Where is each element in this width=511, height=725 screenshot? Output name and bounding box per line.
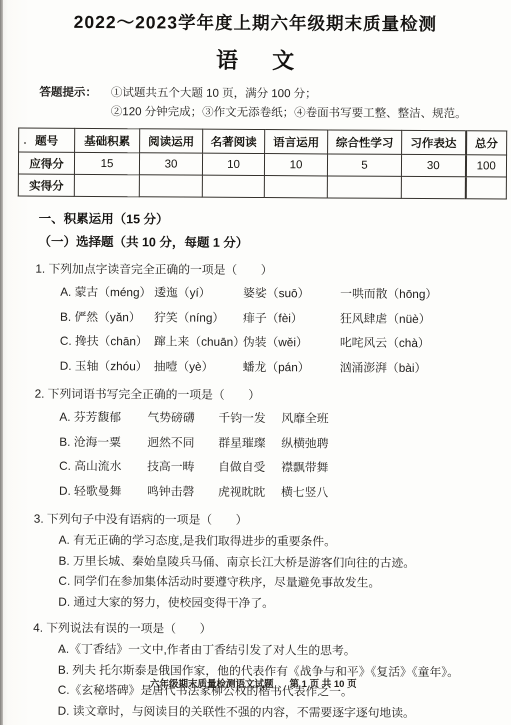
empty-score-cell: [465, 177, 506, 199]
empty-score-cell: [139, 175, 202, 197]
score-header-cell: 基础积累: [75, 128, 140, 152]
footer-page-info: 第 1 页 共 10 页: [290, 676, 357, 690]
score-value-cell: 5: [327, 154, 401, 176]
score-value-cell: 15: [74, 152, 139, 174]
option-cell: 自做自受: [218, 456, 281, 480]
actual-score-row: 实得分: [18, 174, 506, 199]
score-table-header-row: 题号 基础积累 阅读运用 名著阅读 语言运用 综合性学习 习作表达 总分: [19, 128, 507, 155]
question-4: 4. 下列说法有误的一项是（ ） A.《丁香结》一文中,作者由丁香结引发了对人生…: [0, 617, 507, 723]
score-header-cell: 名著阅读: [203, 129, 265, 153]
option-cell: B. 沧海一粟: [59, 430, 147, 454]
hint-lines: ①试题共五个大题 10 页，满分 100 分； ②120 分钟完成；③作文无添卷…: [111, 84, 467, 124]
option-row: D. 玉轴（zhóu） 抽噎（yè） 蟠龙（pán） 汹涌澎湃（bài）: [60, 354, 509, 380]
option-cell: A. 芬芳馥郁: [59, 406, 147, 430]
score-value-cell: 30: [139, 153, 202, 175]
score-header-cell: 总分: [466, 131, 507, 155]
section-heading: 一、积累运用（15 分）: [39, 209, 510, 233]
exam-paper-scan: 2022～2023学年度上期六年级期末质量检测 语 文 答题提示： ①试题共五个…: [0, 0, 511, 725]
question-stem: 4. 下列说法有误的一项是（ ）: [33, 618, 507, 642]
score-value-cell: 10: [264, 154, 327, 176]
option-cell: 风靡全班: [281, 407, 508, 432]
page-content: 2022～2023学年度上期六年级期末质量检测 语 文 答题提示： ①试题共五个…: [0, 0, 511, 724]
option-cell: 叱咤风云（chà）: [340, 332, 509, 357]
option-cell: 迥然不同: [147, 431, 218, 455]
hint-line-2: ②120 分钟完成；③作文无添卷纸；④卷面书写要工整、整洁、规范。: [111, 103, 467, 124]
option-cell: 鸣钟击磬: [147, 480, 218, 504]
option-row: C. 搀扶（chān） 蹿上来（chuān） 伪装（wěi） 叱咤风云（chà）: [60, 330, 509, 356]
exam-title: 2022～2023学年度上期六年级期末质量检测: [0, 8, 511, 36]
option-cell: 蹿上来（chuān）: [154, 330, 243, 354]
score-value-cell: 10: [202, 153, 264, 175]
option-cell: C. 高山流水: [59, 455, 147, 479]
option-cell: A. 蒙古（méng）: [60, 281, 154, 305]
option-cell: D. 轻歌曼舞: [59, 479, 147, 503]
score-table: 题号 基础积累 阅读运用 名著阅读 语言运用 综合性学习 习作表达 总分 应得分…: [18, 128, 507, 200]
option-row: A. 芬芳馥郁 气势磅礴 千钧一发 风靡全班: [59, 406, 508, 432]
option-cell: C. 搀扶（chān）: [60, 330, 154, 354]
option-line: A.《丁香结》一文中,作者由丁香结引发了对人生的思考。: [58, 639, 507, 662]
subject-title: 语 文: [0, 42, 511, 76]
subsection-heading: （一）选择题（共 10 分，每题 1 分）: [38, 232, 509, 256]
hint-line-1: ①试题共五个大题 10 页，满分 100 分；: [111, 84, 467, 105]
question-2: 2. 下列词语书写完全正确的一项是（ ） A. 芬芳馥郁 气势磅礴 千钧一发 风…: [0, 383, 509, 505]
empty-score-cell: [74, 174, 139, 196]
option-row: C. 高山流水 技高一畴 自做自受 襟飘带舞: [59, 455, 508, 481]
footer-doc-name: 六年级期末质量检测语文试题: [150, 676, 274, 690]
option-line: A. 有无正确的学习态度,是我们取得进步的重要条件。: [59, 530, 508, 553]
option-row: B. 俨然（yǎn） 狞笑（níng） 痱子（fèi） 狂风肆虐（nüè）: [60, 305, 509, 331]
option-cell: 技高一畴: [147, 455, 218, 479]
score-header-cell: 语言运用: [265, 130, 328, 154]
page-footer: 六年级期末质量检测语文试题 第 1 页 共 10 页: [150, 676, 357, 690]
hint-label: 答题提示：: [39, 84, 97, 122]
option-cell: 一哄而散（hōng）: [340, 283, 509, 308]
option-cell: B. 俨然（yǎn）: [60, 305, 154, 329]
option-cell: 千钧一发: [218, 407, 281, 431]
option-cell: 伪装（wěi）: [243, 331, 340, 355]
option-cell: 气势磅礴: [147, 406, 218, 430]
question-stem: 1. 下列加点字读音完全正确的一项是（ ）: [35, 259, 509, 283]
option-cell: 抽噎（yè）: [154, 355, 243, 379]
score-header-cell: 阅读运用: [140, 129, 203, 153]
option-cell: D. 玉轴（zhóu）: [60, 354, 154, 378]
option-cell: 蟠龙（pán）: [243, 355, 340, 379]
row-label-cell: 应得分: [18, 152, 74, 174]
question-1: 1. 下列加点字读音完全正确的一项是（ ） A. 蒙古（méng） 逶迤（yí）…: [0, 258, 509, 380]
option-line: D. 通过大家的努力，使校园变得干净了。: [58, 591, 507, 614]
option-row: A. 蒙古（méng） 逶迤（yí） 婆娑（suō） 一哄而散（hōng）: [60, 281, 509, 307]
option-cell: 虎视眈眈: [218, 480, 281, 504]
option-line: B. 万里长城、秦始皇陵兵马俑、南京长江大桥是游客们向往的古迹。: [59, 550, 508, 573]
empty-score-cell: [401, 176, 465, 198]
option-cell: 痱子（fèi）: [243, 306, 340, 330]
question-stem: 2. 下列词语书写完全正确的一项是（ ）: [35, 384, 509, 408]
option-cell: 逶迤（yí）: [154, 281, 243, 305]
option-cell: 纵横弛聘: [281, 432, 508, 457]
expected-score-row: 应得分 15 30 10 10 5 30 100: [18, 152, 506, 177]
score-header-cell: 习作表达: [402, 130, 466, 154]
score-header-cell: 综合性学习: [328, 130, 402, 154]
empty-score-cell: [327, 176, 401, 198]
option-row: D. 轻歌曼舞 鸣钟击磬 虎视眈眈 横七竖八: [59, 479, 508, 505]
option-row: B. 沧海一粟 迥然不同 群星璀璨 纵横弛聘: [59, 430, 508, 456]
option-cell: 群星璀璨: [218, 431, 281, 455]
empty-score-cell: [202, 175, 264, 197]
option-cell: 婆娑（suō）: [243, 282, 340, 306]
question-3: 3. 下列句子中没有语病的一项是（ ） A. 有无正确的学习态度,是我们取得进步…: [0, 508, 508, 614]
option-line: D. 读文章时，与阅读目的关联性不强的内容，不需要逐字逐句地读。: [58, 700, 507, 723]
score-header-cell: 题号: [19, 128, 75, 152]
option-cell: 横七竖八: [281, 481, 508, 506]
empty-score-cell: [264, 176, 327, 198]
option-cell: 汹涌澎湃（bài）: [340, 356, 509, 381]
option-line: C. 同学们在参加集体活动时要遵守秩序，尽量避免事故发生。: [58, 571, 507, 594]
option-cell: 襟飘带舞: [281, 456, 508, 481]
score-value-cell: 100: [465, 155, 506, 177]
option-cell: 狂风肆虐（nüè）: [340, 307, 509, 332]
answer-hints: 答题提示： ①试题共五个大题 10 页，满分 100 分； ②120 分钟完成；…: [39, 84, 510, 125]
score-value-cell: 30: [401, 154, 465, 176]
option-cell: 狞笑（níng）: [154, 306, 243, 330]
question-stem: 3. 下列句子中没有语病的一项是（ ）: [34, 509, 508, 533]
row-label-cell: 实得分: [18, 174, 74, 196]
